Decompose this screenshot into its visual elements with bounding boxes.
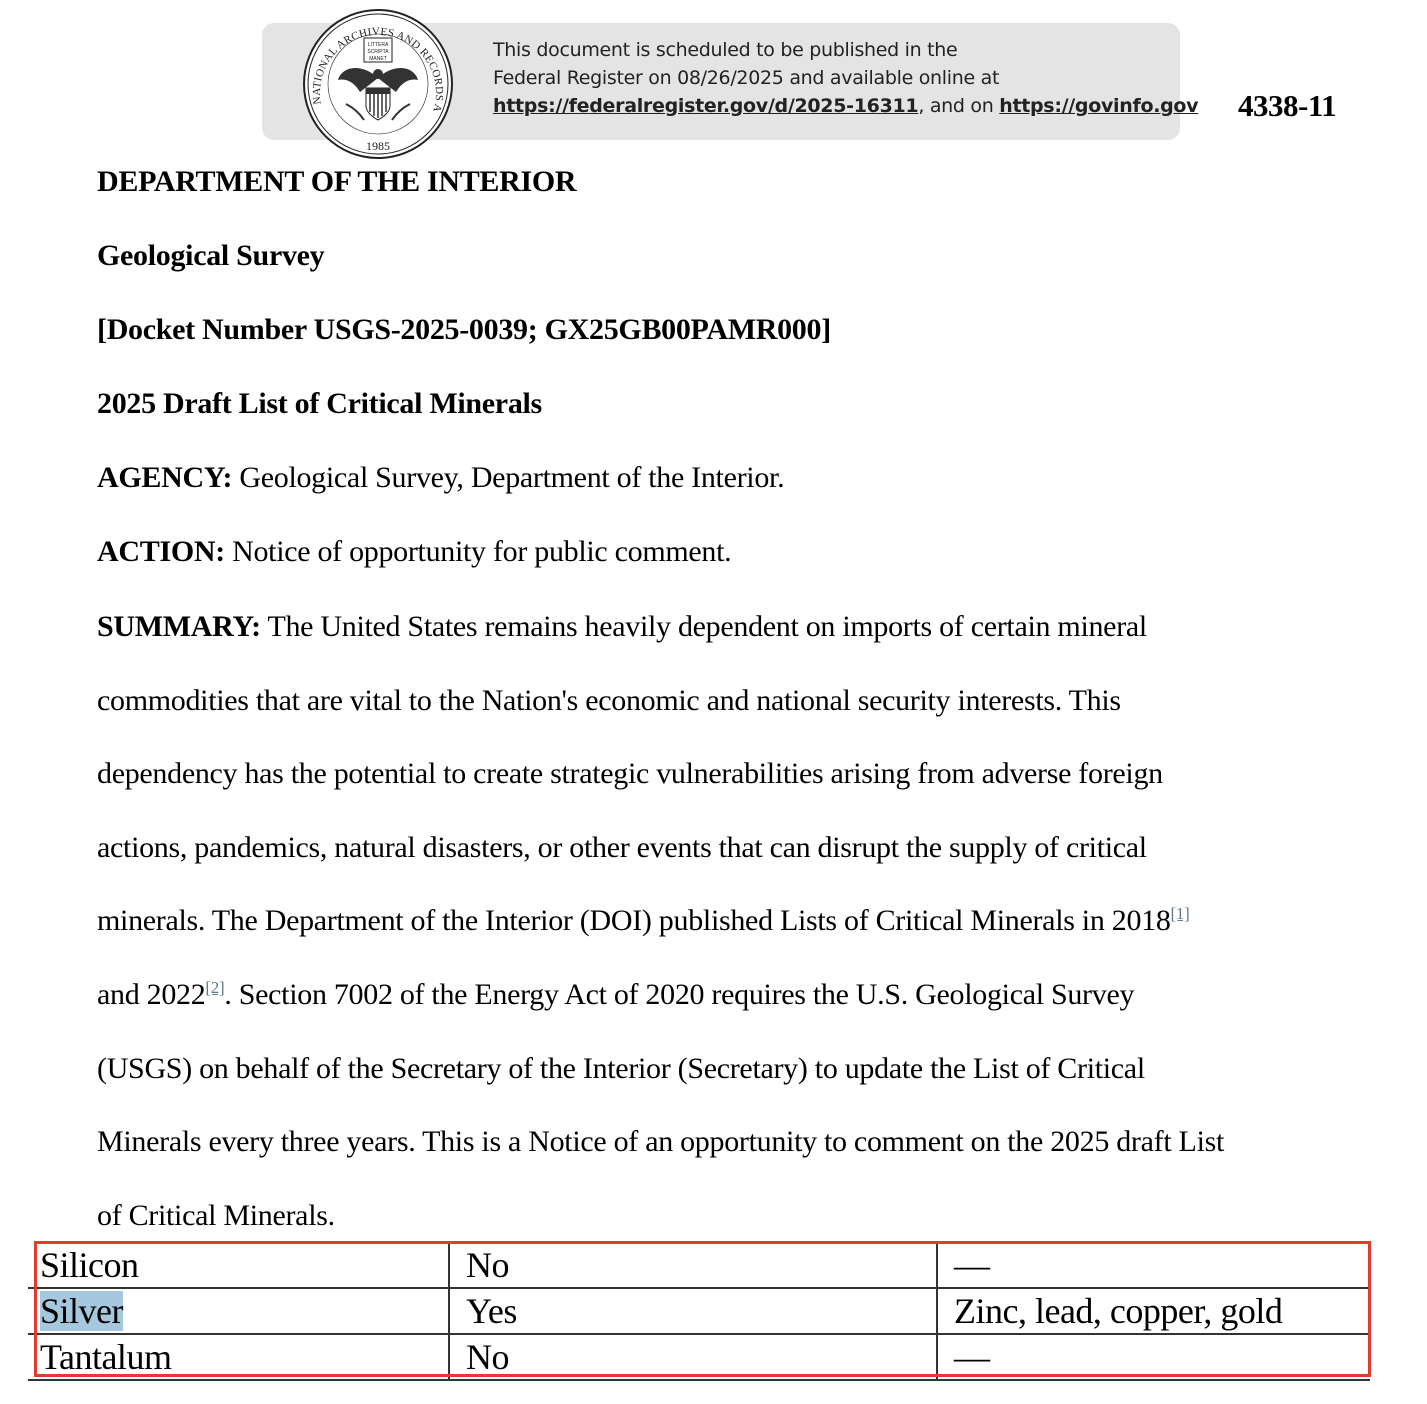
mineral-cell: Tantalum xyxy=(28,1334,449,1380)
summary-line: (USGS) on behalf of the Secretary of the… xyxy=(97,1032,1357,1106)
critical-minerals-table: SiliconNo—SilverYesZinc, lead, copper, g… xyxy=(28,1243,1378,1381)
document-code: 4338-11 xyxy=(1238,88,1336,124)
byproduct-cell: No xyxy=(449,1334,937,1380)
svg-text:LITTERA: LITTERA xyxy=(368,42,389,48)
summary-line: minerals. The Department of the Interior… xyxy=(97,884,1357,958)
agency-field: AGENCY: Geological Survey, Department of… xyxy=(97,456,1357,530)
document-body: DEPARTMENT OF THE INTERIOR Geological Su… xyxy=(97,160,1357,1252)
national-archives-seal-icon: NATIONAL ARCHIVES AND RECORDS ADMINISTRA… xyxy=(302,8,454,160)
svg-text:MANET: MANET xyxy=(369,56,387,62)
mineral-cell: Silver xyxy=(28,1288,449,1334)
footnote-2-link[interactable]: [2] xyxy=(205,978,224,997)
document-title: 2025 Draft List of Critical Minerals xyxy=(97,382,1357,456)
selected-text: Silver xyxy=(40,1291,123,1331)
summary-line: dependency has the potential to create s… xyxy=(97,737,1357,811)
summary-line: and 2022[2]. Section 7002 of the Energy … xyxy=(97,958,1357,1032)
table-row: SiliconNo— xyxy=(28,1243,1370,1288)
federal-register-link[interactable]: https://federalregister.gov/d/2025-16311 xyxy=(493,95,918,117)
agency-label: AGENCY: xyxy=(97,461,232,494)
bureau-heading: Geological Survey xyxy=(97,234,1357,308)
publication-notice-text: This document is scheduled to be publish… xyxy=(493,36,1193,120)
notice-line-1: This document is scheduled to be publish… xyxy=(493,36,1193,64)
govinfo-link[interactable]: https://govinfo.gov xyxy=(999,95,1198,117)
agency-value: Geological Survey, Department of the Int… xyxy=(239,461,784,494)
host-minerals-cell: Zinc, lead, copper, gold xyxy=(937,1288,1370,1334)
notice-line-2: Federal Register on 08/26/2025 and avail… xyxy=(493,64,1193,92)
summary-line: Minerals every three years. This is a No… xyxy=(97,1105,1357,1179)
table-row: TantalumNo— xyxy=(28,1334,1370,1380)
summary-line: commodities that are vital to the Nation… xyxy=(97,664,1357,738)
svg-text:SCRIPTA: SCRIPTA xyxy=(367,49,389,55)
table-row: SilverYesZinc, lead, copper, gold xyxy=(28,1288,1370,1334)
action-value: Notice of opportunity for public comment… xyxy=(232,535,731,568)
byproduct-cell: Yes xyxy=(449,1288,937,1334)
summary-line: SUMMARY: The United States remains heavi… xyxy=(97,590,1357,664)
svg-text:1985: 1985 xyxy=(366,139,390,153)
mineral-name: Tantalum xyxy=(40,1337,171,1377)
host-minerals-cell: — xyxy=(937,1334,1370,1380)
action-label: ACTION: xyxy=(97,535,225,568)
notice-line-3: https://federalregister.gov/d/2025-16311… xyxy=(493,92,1193,120)
summary-paragraph: SUMMARY: The United States remains heavi… xyxy=(97,590,1357,1252)
summary-line: of Critical Minerals. xyxy=(97,1179,1357,1253)
docket-heading: [Docket Number USGS-2025-0039; GX25GB00P… xyxy=(97,308,1357,382)
host-minerals-cell: — xyxy=(937,1243,1370,1288)
byproduct-cell: No xyxy=(449,1243,937,1288)
notice-connector: , and on xyxy=(918,95,999,117)
department-heading: DEPARTMENT OF THE INTERIOR xyxy=(97,160,1357,234)
footnote-1-link[interactable]: [1] xyxy=(1171,904,1190,923)
summary-label: SUMMARY: xyxy=(97,610,261,643)
mineral-cell: Silicon xyxy=(28,1243,449,1288)
summary-line: actions, pandemics, natural disasters, o… xyxy=(97,811,1357,885)
mineral-name: Silicon xyxy=(40,1245,139,1285)
